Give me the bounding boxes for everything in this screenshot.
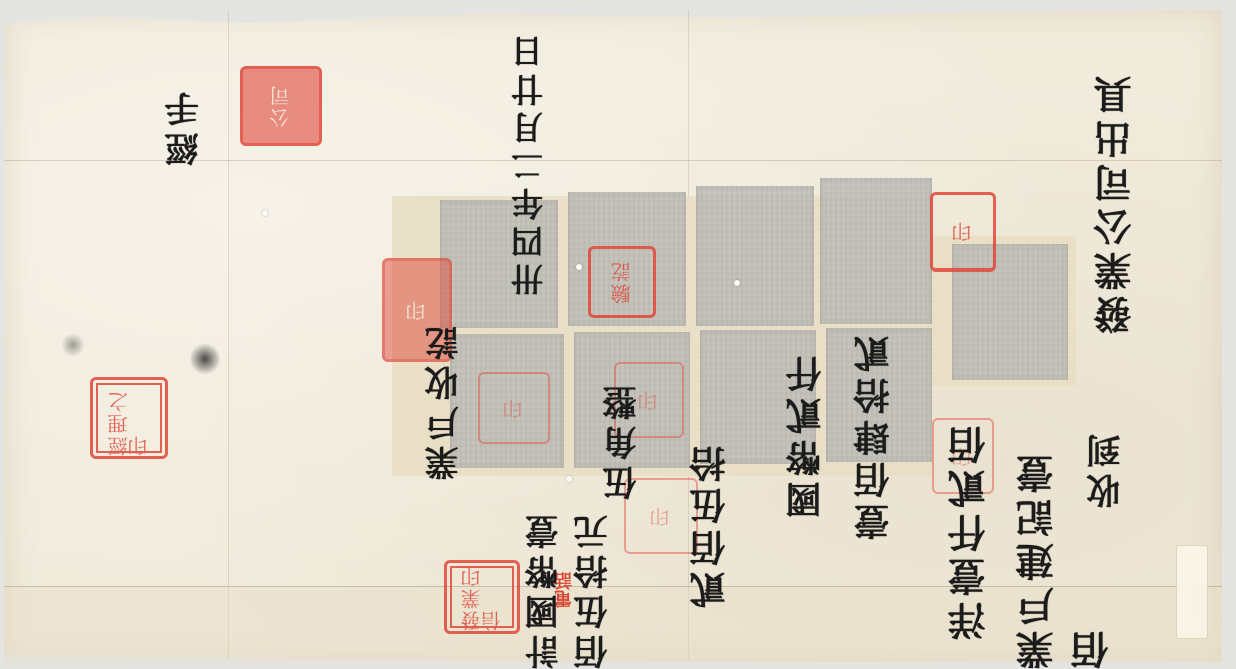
paper-hole	[576, 264, 582, 270]
text-column-8: 計國幣壹佰伍拾元	[520, 474, 618, 669]
seal-bottom-center: 發業印信	[444, 560, 520, 634]
text-column-5: 國幣貳仟	[780, 350, 831, 518]
ink-blot	[60, 334, 86, 356]
seal-left-middle: 經理之印	[90, 377, 168, 459]
text-column-6: 貳佰伍拾	[684, 440, 735, 608]
text-column-2: 業戶建記壹佰	[1010, 420, 1120, 669]
seal-stamp-center: 驗訖	[588, 246, 656, 318]
paper-hole	[262, 210, 268, 216]
seal-overstamp: 印	[478, 372, 550, 444]
seal-right-top: 印	[930, 192, 996, 272]
tape-repair	[1176, 545, 1208, 639]
ink-blot	[190, 342, 220, 376]
seal-top-left: 公司	[240, 66, 322, 146]
revenue-stamp	[696, 186, 814, 326]
paper-hole	[734, 280, 740, 286]
text-column-3: 洋壹仟貳佰	[942, 420, 997, 640]
revenue-stamp	[820, 178, 932, 324]
text-column-12: 經手	[160, 86, 209, 166]
text-column-9: 業戶收訖	[420, 320, 469, 480]
text-column-10: 發業公司出具	[1088, 70, 1143, 334]
fold-line	[228, 10, 229, 660]
text-column-11: 卅四年二月廿日	[506, 30, 552, 296]
text-column-4: 壹佰肆拾貳	[848, 330, 899, 540]
